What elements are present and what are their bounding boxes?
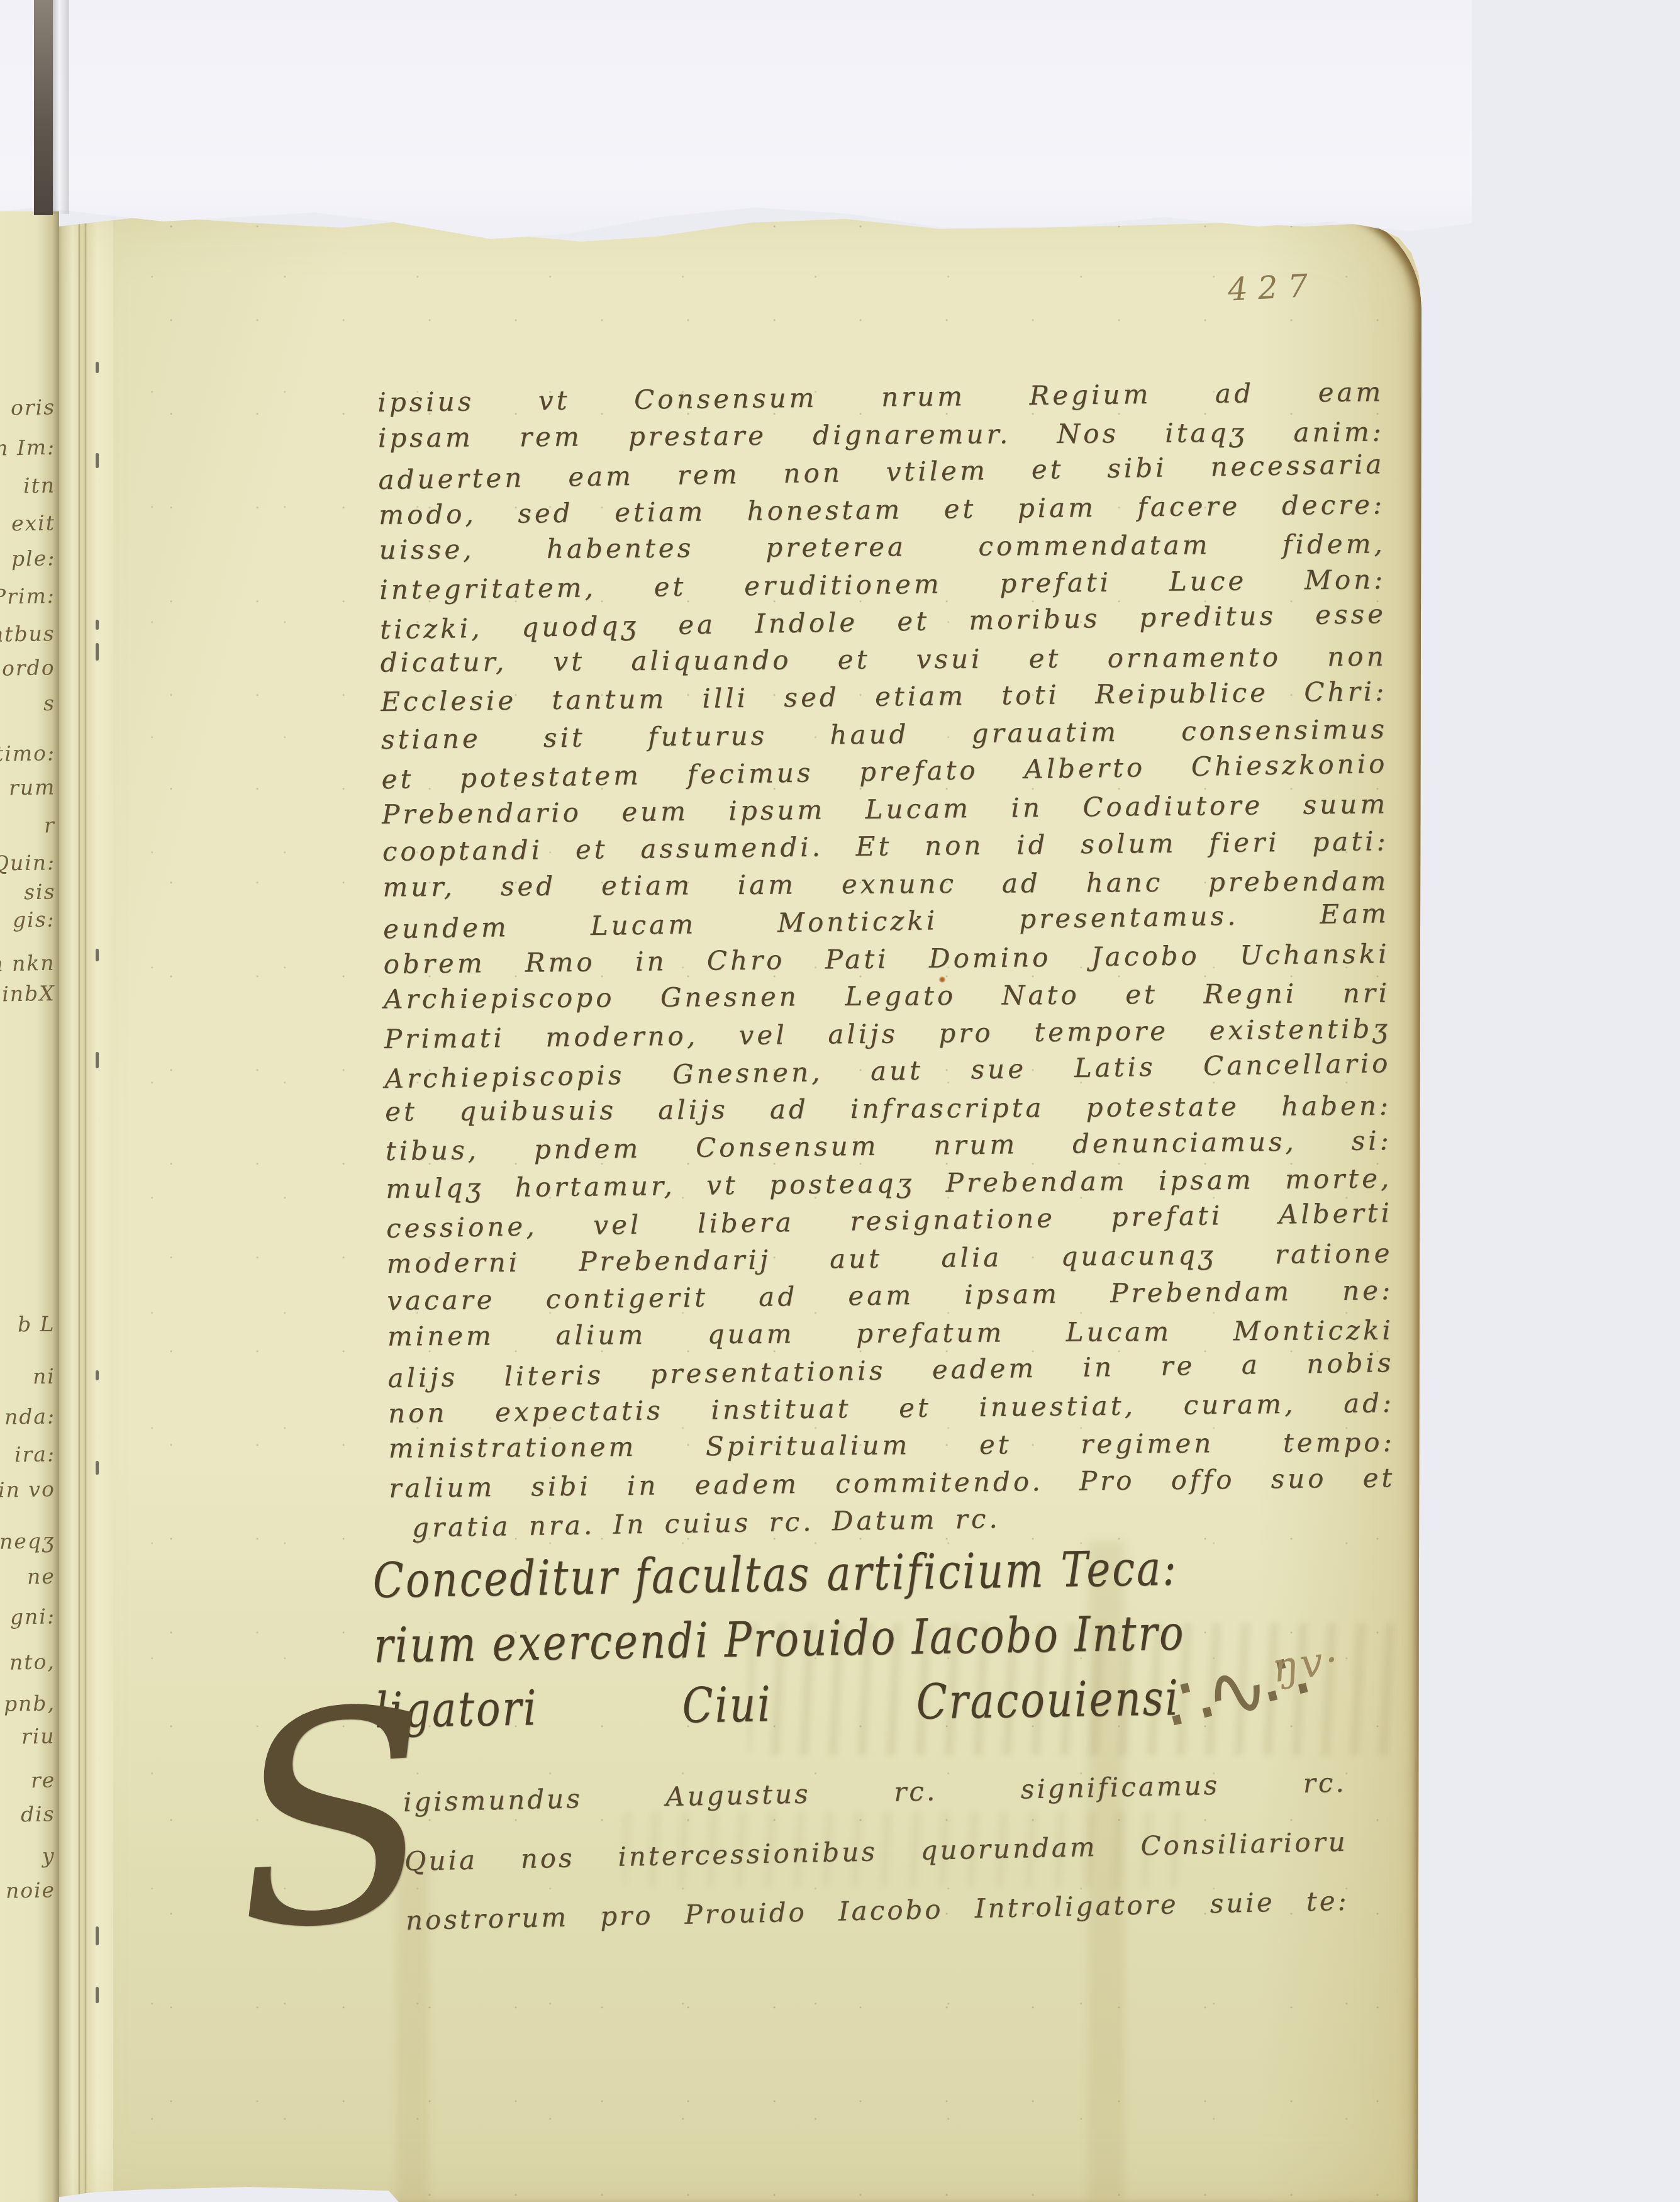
gutter-fold <box>59 208 113 2202</box>
facing-page-text-fragment: riu <box>21 1724 55 1749</box>
text-line: dicatur, vt aliquando et vsui et ornamen… <box>380 637 1386 681</box>
facing-page-text-fragment: r <box>44 813 55 837</box>
facing-page-text-fragment: Prim: <box>0 583 55 609</box>
facing-page-text-fragment: dis <box>21 1802 55 1827</box>
text-line: ministrationem Spiritualium et regimen t… <box>389 1424 1395 1467</box>
section-heading: Conceditur facultas artificium Teca:rium… <box>372 1536 1181 1744</box>
facing-page-text-fragment: oris <box>11 394 56 420</box>
text-line: uisse, habentes preterea commendatam fid… <box>379 525 1386 569</box>
text-line: et quibusuis alijs ad infrascripta potes… <box>385 1087 1391 1130</box>
facing-page-text-fragment: m Im: <box>0 435 55 461</box>
facing-page-text-fragment: ira: <box>14 1441 56 1467</box>
facing-page-text-fragment: ni <box>33 1364 55 1389</box>
binding-mark <box>96 1926 99 1945</box>
facing-page-text-fragment: timo: <box>0 741 55 766</box>
facing-page-text-fragment: ordo <box>2 655 55 680</box>
facing-page-edge: orism Im:itnexitple:Prim:ntbusordostimo:… <box>0 211 59 2202</box>
binding-mark <box>96 1461 99 1475</box>
text-line: Archiepiscopo Gnesnen Legato Nato et Reg… <box>384 975 1390 1018</box>
binding-mark <box>96 643 99 661</box>
sheet-gap-shadow <box>34 0 53 215</box>
heading-line: ligatori Ciui Cracouiensi <box>374 1666 1180 1743</box>
facing-page-text-fragment: ntbus <box>0 621 55 647</box>
manuscript-scan: orism Im:itnexitple:Prim:ntbusordostimo:… <box>0 0 1680 2202</box>
facing-page-text-fragment: ple: <box>11 545 55 571</box>
facing-page-text-fragment: ne <box>27 1564 55 1589</box>
margin-mark: ŋv· <box>1269 1636 1343 1692</box>
facing-page-text-fragment: minbX <box>0 981 55 1007</box>
facing-page-text-fragment: s <box>43 691 56 715</box>
binding-mark <box>96 453 99 468</box>
facing-page-text-fragment: mm nkn <box>0 951 55 977</box>
heading-line: Conceditur facultas artificium Teca: <box>372 1536 1178 1614</box>
binding-mark <box>96 1987 99 2003</box>
binding-mark <box>96 1052 99 1068</box>
binding-mark <box>96 1370 99 1380</box>
facing-page-text-fragment: re <box>30 1768 55 1793</box>
facing-page-text-fragment: pnb, <box>4 1691 56 1716</box>
folio-number: 427 <box>1227 267 1319 308</box>
facing-page-text-fragment: neqʒ <box>0 1528 55 1554</box>
heading-line: rium exercendi Prouido Iacobo Intro <box>374 1601 1179 1679</box>
binding-mark <box>96 949 99 961</box>
facing-page-text-fragment: rum <box>8 774 55 800</box>
main-text-block: ipsius vt Consensum nrum Regium ad eamip… <box>377 373 1418 1545</box>
facing-page-text-fragment: itn <box>23 473 56 498</box>
facing-page-text-fragment: exit <box>11 510 56 535</box>
entry-text-block: igismundus Augustus rc. significamus rc.… <box>403 1753 1350 1950</box>
facing-page-text-fragment: b L <box>18 1311 55 1336</box>
facing-page-text-fragment: gni: <box>10 1604 56 1629</box>
facing-page-text-fragment: sis <box>23 880 55 905</box>
facing-page-text-fragment: gis: <box>13 907 55 932</box>
facing-page-text-fragment: y <box>42 1843 55 1868</box>
facing-page-text-fragment: nda: <box>4 1404 55 1429</box>
facing-page-text-fragment: Quin: <box>0 850 55 876</box>
sheet-crease <box>53 0 69 214</box>
facing-page-text-fragment: nto, <box>9 1649 56 1674</box>
facing-page-text-fragment: noie <box>5 1877 55 1903</box>
binding-mark <box>96 620 99 630</box>
facing-page-text-fragment: in vo <box>0 1477 55 1502</box>
binding-mark <box>96 362 99 373</box>
